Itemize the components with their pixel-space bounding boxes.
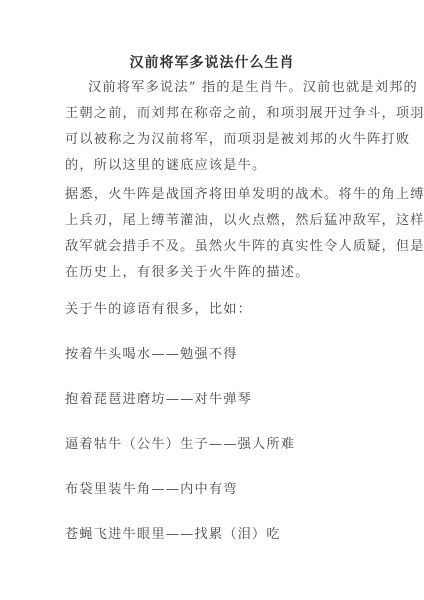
saying-item-4: 布袋里装牛角——内中有弯 bbox=[65, 478, 238, 497]
sayings-intro: 关于牛的谚语有很多，比如： bbox=[65, 298, 252, 317]
saying-item-3: 逼着牯牛（公牛）生子——强人所难 bbox=[65, 433, 295, 452]
paragraph2-line-1: 据悉，火牛阵是战国齐将田单发明的战术。将牛的角上缚 bbox=[65, 183, 424, 202]
paragraph1-line-2: 王朝之前，而刘邦在称帝之前，和项羽展开过争斗，项羽 bbox=[65, 102, 424, 121]
saying-item-1: 按着牛头喝水——勉强不得 bbox=[65, 343, 238, 362]
saying-item-2: 抱着琵琶进磨坊——对牛弹琴 bbox=[65, 388, 252, 407]
paragraph1-line-1: 汉前将军多说法” 指的是生肖牛。汉前也就是刘邦的 bbox=[88, 76, 418, 95]
paragraph1-line-3: 可以被称之为汉前将军，而项羽是被刘邦的火牛阵打败 bbox=[65, 128, 410, 147]
document-page: 汉前将军多说法什么生肖 汉前将军多说法” 指的是生肖牛。汉前也就是刘邦的 王朝之… bbox=[0, 0, 424, 600]
document-title: 汉前将军多说法什么生肖 bbox=[0, 52, 424, 72]
paragraph1-line-4: 的，所以这里的谜底应该是牛。 bbox=[65, 154, 266, 173]
paragraph2-line-2: 上兵刃，尾上缚苇灌油，以火点燃，然后猛冲敌军，这样 bbox=[65, 209, 424, 228]
saying-item-5: 苍蝇飞进牛眼里——找累（泪）吃 bbox=[65, 523, 281, 542]
paragraph2-line-3: 敌军就会措手不及。虽然火牛阵的真实性令人质疑，但是 bbox=[65, 235, 424, 254]
paragraph2-line-4: 在历史上，有很多关于火牛阵的描述。 bbox=[65, 261, 310, 280]
